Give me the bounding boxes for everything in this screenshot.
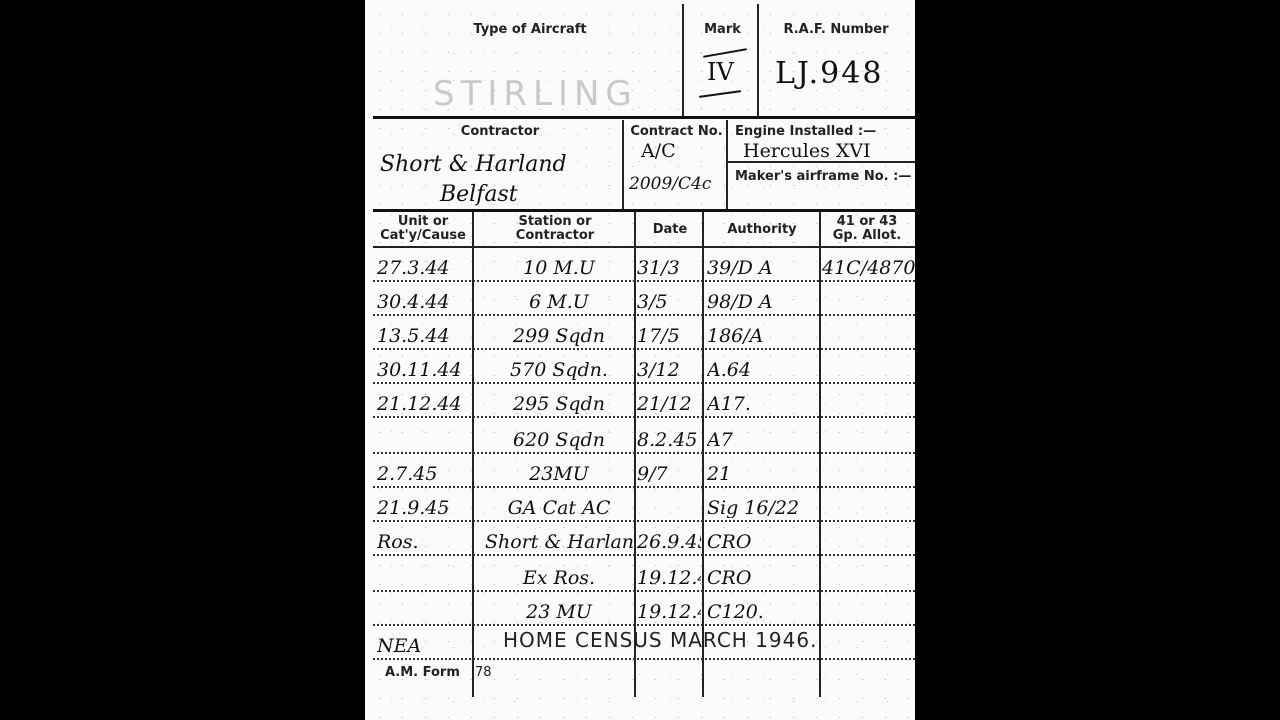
divider [726,120,728,210]
divider [682,4,684,116]
divider [757,4,759,116]
contract-no-label: Contract No. [624,125,729,139]
engine-value: Hercules XVI [743,141,871,161]
row-rule [373,280,915,282]
cell-unit: 2.7.45 [377,464,470,484]
cell-authority: CRO [707,532,817,552]
cell-authority: Sig 16/22 [707,498,817,518]
cell-unit: NEA [377,636,470,656]
cell-authority: 21 [707,464,817,484]
raf-number-value: LJ.948 [775,64,883,84]
divider [373,116,915,119]
cell-station: 295 Sqdn [485,394,633,414]
cell-station: 10 M.U [485,258,633,278]
cell-unit: 21.9.45 [377,498,470,518]
type-of-aircraft-label: Type of Aircraft [460,23,600,37]
cell-station: 299 Sqdn [485,326,633,346]
engine-installed-label: Engine Installed :— [735,125,885,139]
row-rule [373,658,915,660]
cell-unit: 27.3.44 [377,258,470,278]
cell-date: 8.2.45 [637,430,701,450]
row-rule [373,486,915,488]
cell-date: 17/5 [637,326,701,346]
col-header-station: Station or Contractor [480,215,630,243]
maker-airframe-label: Maker's airframe No. :— [735,170,915,184]
cell-station: 570 Sqdn. [485,360,633,380]
mark-value: IV [707,62,734,82]
divider [373,209,915,212]
col-header-allot: 41 or 43 Gp. Allot. [822,215,912,243]
cell-station: 23 MU [485,602,633,622]
row-rule [373,416,915,418]
cell-date: 9/7 [637,464,701,484]
row-rule [373,554,915,556]
row-rule [373,348,915,350]
cell-allot: 41C/4870k [822,258,915,278]
cell-authority: 186/A [707,326,817,346]
cell-station: GA Cat AC [485,498,633,518]
cell-date: 3/12 [637,360,701,380]
cell-date: 26.9.45 [637,532,701,552]
cell-authority: 98/D A [707,292,817,312]
cell-date: 19.12.45 [637,602,701,622]
cell-authority: A.64 [707,360,817,380]
aircraft-movement-card: Type of Aircraft STIRLING Mark IV R.A.F.… [365,0,915,720]
cell-unit: 30.4.44 [377,292,470,312]
mark-underline [699,90,741,98]
mark-label: Mark [685,23,760,37]
row-rule [373,590,915,592]
row-rule [373,520,915,522]
cell-station: 23MU [485,464,633,484]
contractor-location: Belfast [440,185,518,205]
raf-number-label: R.A.F. Number [757,23,915,37]
divider [373,246,915,248]
row-rule [373,314,915,316]
cell-authority: C120. [707,602,817,622]
cell-authority: A17. [707,394,817,414]
cell-unit: 21.12.44 [377,394,470,414]
aircraft-type-value: STIRLING [433,74,638,114]
cell-date: 19.12.45 [637,568,701,588]
col-header-unit: Unit or Cat'y/Cause [373,215,473,243]
cell-date: 21/12 [637,394,701,414]
form-number: 78 [475,666,505,680]
cell-date: 31/3 [637,258,701,278]
contractor-name: Short & Harland [380,155,567,175]
cell-station: 6 M.U [485,292,633,312]
row-rule [373,624,915,626]
contract-no-line2: 2009/C4c [629,174,711,194]
cell-station: 620 Sqdn [485,430,633,450]
mark-underline [703,48,747,58]
col-header-date: Date [637,223,703,237]
row-rule [373,382,915,384]
cell-unit: 13.5.44 [377,326,470,346]
col-header-authority: Authority [705,223,819,237]
cell-authority: A7 [707,430,817,450]
cell-date: 3/5 [637,292,701,312]
row-rule [373,452,915,454]
cell-station: Short & Harland [485,532,633,552]
cell-authority: 39/D A [707,258,817,278]
cell-unit: Ros. [377,532,470,552]
contractor-label: Contractor [425,125,575,139]
census-stamp: HOME CENSUS MARCH 1946. [503,628,817,652]
divider [728,161,915,163]
cell-unit: 30.11.44 [377,360,470,380]
form-label: A.M. Form [385,666,470,680]
cell-authority: CRO [707,568,817,588]
cell-station: Ex Ros. [485,568,633,588]
contract-no-line1: A/C [641,141,676,161]
